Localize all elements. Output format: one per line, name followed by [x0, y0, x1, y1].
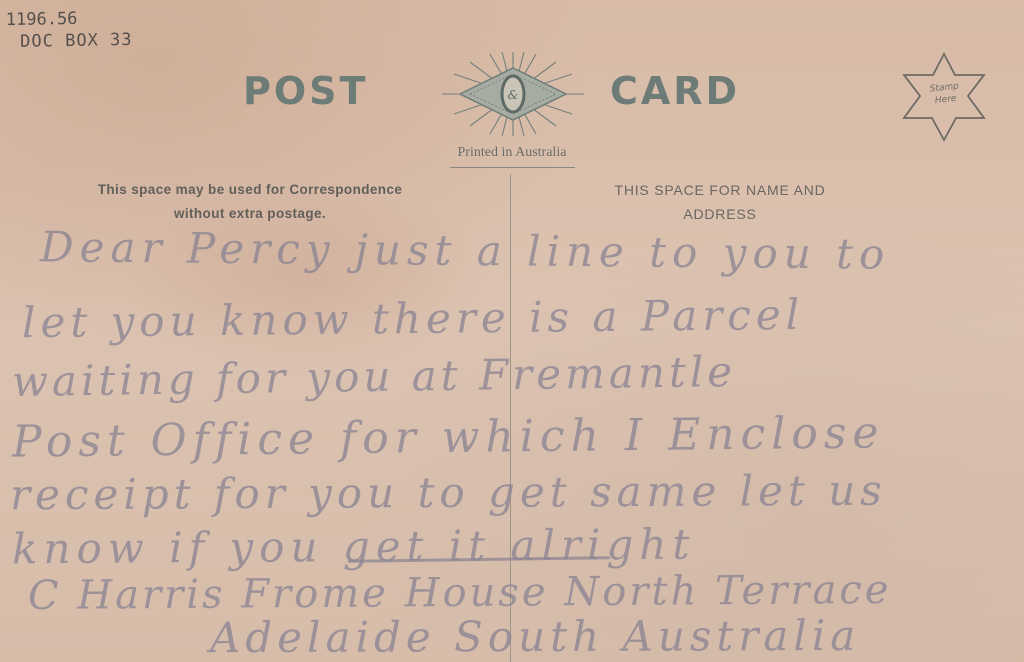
message-line: receipt for you to get same let us	[10, 466, 887, 520]
message-line: waiting for you at Fremantle	[12, 347, 737, 406]
message-line: know if you get it alright	[12, 520, 696, 574]
message-address-line: Adelaide South Australia	[210, 611, 860, 662]
handwritten-message: Dear Percy just a line to you to let you…	[0, 0, 1024, 662]
message-line: Dear Percy just a line to you to	[40, 222, 891, 278]
message-line: let you know there is a Parcel	[22, 290, 805, 347]
message-line: Post Office for which I Enclose	[12, 407, 885, 467]
